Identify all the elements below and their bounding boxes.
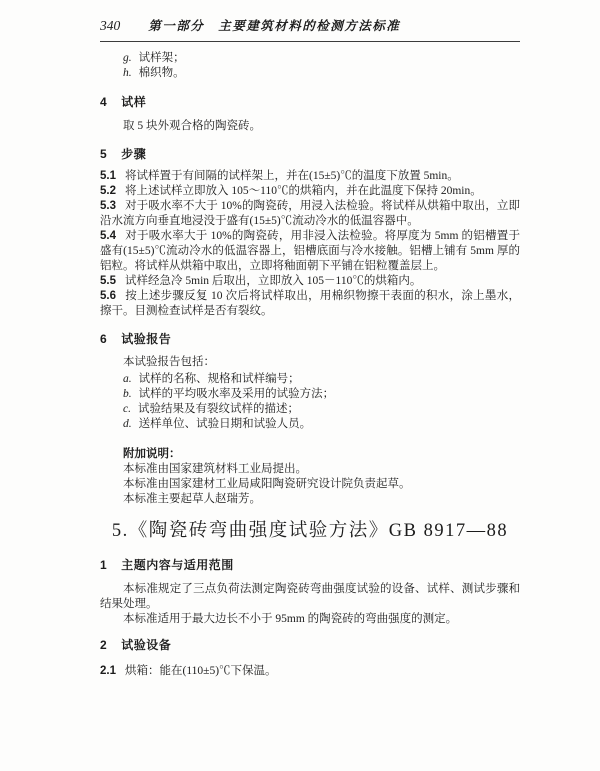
step-item: 5.3对于吸水率不大于 10%的陶瓷砖，用浸入法检验。将试样从烘箱中取出，立即沿… bbox=[100, 199, 520, 229]
addendum-line: 本标准主要起草人赵瑞芳。 bbox=[100, 492, 520, 507]
list-marker: b. bbox=[123, 388, 132, 400]
list-item: b.试样的平均吸水率及采用的试验方法； bbox=[100, 387, 520, 402]
document-body: g.试样架； h.棉织物。 4试样 取 5 块外观合格的陶瓷砖。 5步骤 5.1… bbox=[100, 51, 520, 679]
report-items-block: a.试样的名称、规格和试样编号； b.试样的平均吸水率及采用的试验方法； c.试… bbox=[100, 372, 520, 432]
list-item-text: 试样的平均吸水率及采用的试验方法； bbox=[139, 388, 335, 400]
addendum-line: 本标准由国家建材工业局咸阳陶瓷研究设计院负责起草。 bbox=[100, 477, 520, 492]
chapter-title: 5.《陶瓷砖弯曲强度试验方法》GB 8917—88 bbox=[100, 524, 520, 539]
step-number: 5.1 bbox=[100, 170, 116, 182]
step-number: 5.6 bbox=[100, 290, 116, 302]
step-number: 5.2 bbox=[100, 185, 116, 197]
page-number: 340 bbox=[100, 18, 120, 34]
step-item: 5.6按上述步骤反复 10 次后将试样取出，用棉织物擦干表面的积水，涂上墨水，擦… bbox=[100, 289, 520, 319]
step-text: 将试样置于有间隔的试样架上，并在(15±5)℃的温度下放置 5min。 bbox=[125, 170, 459, 182]
list-item: c.试验结果及有裂纹试样的描述； bbox=[100, 402, 520, 417]
step-text: 对于吸水率大于 10%的陶瓷砖，用非浸入法检验。将厚度为 5mm 的铝槽置于盛有… bbox=[100, 230, 520, 272]
step-number: 2.1 bbox=[100, 665, 116, 677]
section-number: 1 bbox=[100, 558, 107, 572]
paragraph-scope-1: 本标准规定了三点负荷法测定陶瓷砖弯曲强度试验的设备、试样、测试步骤和结果处理。 bbox=[100, 582, 520, 612]
list-item-text: 送样单位、试验日期和试验人员。 bbox=[139, 418, 312, 430]
list-marker: a. bbox=[123, 373, 132, 385]
section-title: 试验报告 bbox=[121, 332, 171, 346]
step-item: 5.1将试样置于有间隔的试样架上，并在(15±5)℃的温度下放置 5min。 bbox=[100, 169, 520, 184]
paragraph-sample: 取 5 块外观合格的陶瓷砖。 bbox=[100, 119, 520, 134]
list-item-text: 试样架； bbox=[139, 52, 185, 64]
list-item-text: 棉织物。 bbox=[139, 67, 185, 79]
section-heading-2: 2试验设备 bbox=[100, 638, 520, 653]
page-header: 340 第一部分 主要建筑材料的检测方法标准 bbox=[100, 16, 520, 42]
addendum-line: 本标准由国家建筑材料工业局提出。 bbox=[100, 462, 520, 477]
section-heading-1: 1主题内容与适用范围 bbox=[100, 558, 520, 573]
list-item: h.棉织物。 bbox=[100, 66, 520, 81]
section-title: 试验设备 bbox=[121, 638, 171, 652]
section-number: 5 bbox=[100, 147, 107, 161]
list-marker: c. bbox=[123, 403, 131, 415]
list-item: a.试样的名称、规格和试样编号； bbox=[100, 372, 520, 387]
step-number: 5.5 bbox=[100, 275, 116, 287]
step-item: 5.4对于吸水率大于 10%的陶瓷砖，用非浸入法检验。将厚度为 5mm 的铝槽置… bbox=[100, 229, 520, 274]
step-number: 5.3 bbox=[100, 200, 116, 212]
step-text: 按上述步骤反复 10 次后将试样取出，用棉织物擦干表面的积水，涂上墨水，擦干。目… bbox=[100, 290, 520, 317]
list-marker: d. bbox=[123, 418, 132, 430]
section-title: 主题内容与适用范围 bbox=[121, 558, 234, 572]
list-item-text: 试验结果及有裂纹试样的描述； bbox=[138, 403, 299, 415]
step-text: 将上述试样立即放入 105～110℃的烘箱内，并在此温度下保持 20min。 bbox=[125, 185, 482, 197]
running-head-title: 第一部分 主要建筑材料的检测方法标准 bbox=[148, 16, 400, 34]
section-number: 2 bbox=[100, 638, 107, 652]
step-item: 5.2将上述试样立即放入 105～110℃的烘箱内，并在此温度下保持 20min… bbox=[100, 184, 520, 199]
step-text: 对于吸水率不大于 10%的陶瓷砖，用浸入法检验。将试样从烘箱中取出，立即沿水流方… bbox=[100, 200, 520, 227]
step-item: 2.1烘箱：能在(110±5)℃下保温。 bbox=[100, 664, 520, 679]
document-page: 340 第一部分 主要建筑材料的检测方法标准 g.试样架； h.棉织物。 4试样… bbox=[0, 0, 600, 771]
list-item: g.试样架； bbox=[100, 51, 520, 66]
section-heading-4: 4试样 bbox=[100, 95, 520, 110]
section-title: 步骤 bbox=[121, 147, 146, 161]
list-marker: h. bbox=[123, 67, 132, 79]
list-item-text: 试样的名称、规格和试样编号； bbox=[139, 373, 300, 385]
list-item: d.送样单位、试验日期和试验人员。 bbox=[100, 417, 520, 432]
addendum-label: 附加说明： bbox=[100, 447, 520, 462]
section-heading-5: 5步骤 bbox=[100, 147, 520, 162]
step-text: 烘箱：能在(110±5)℃下保温。 bbox=[125, 665, 277, 677]
section-heading-6: 6试验报告 bbox=[100, 332, 520, 347]
step-item: 5.5试样经急冷 5min 后取出，立即放入 105－110℃的烘箱内。 bbox=[100, 274, 520, 289]
addendum-block: 附加说明： 本标准由国家建筑材料工业局提出。 本标准由国家建材工业局咸阳陶瓷研究… bbox=[100, 447, 520, 507]
paragraph-report-intro: 本试验报告包括： bbox=[100, 355, 520, 370]
step-number: 5.4 bbox=[100, 230, 116, 242]
paragraph-scope-2: 本标准适用于最大边长不小于 95mm 的陶瓷砖的弯曲强度的测定。 bbox=[100, 612, 520, 627]
list-marker: g. bbox=[123, 52, 132, 64]
section-title: 试样 bbox=[121, 95, 146, 109]
step-text: 试样经急冷 5min 后取出，立即放入 105－110℃的烘箱内。 bbox=[125, 275, 421, 287]
steps-block: 5.1将试样置于有间隔的试样架上，并在(15±5)℃的温度下放置 5min。 5… bbox=[100, 169, 520, 319]
section-number: 6 bbox=[100, 332, 107, 346]
section-number: 4 bbox=[100, 95, 107, 109]
